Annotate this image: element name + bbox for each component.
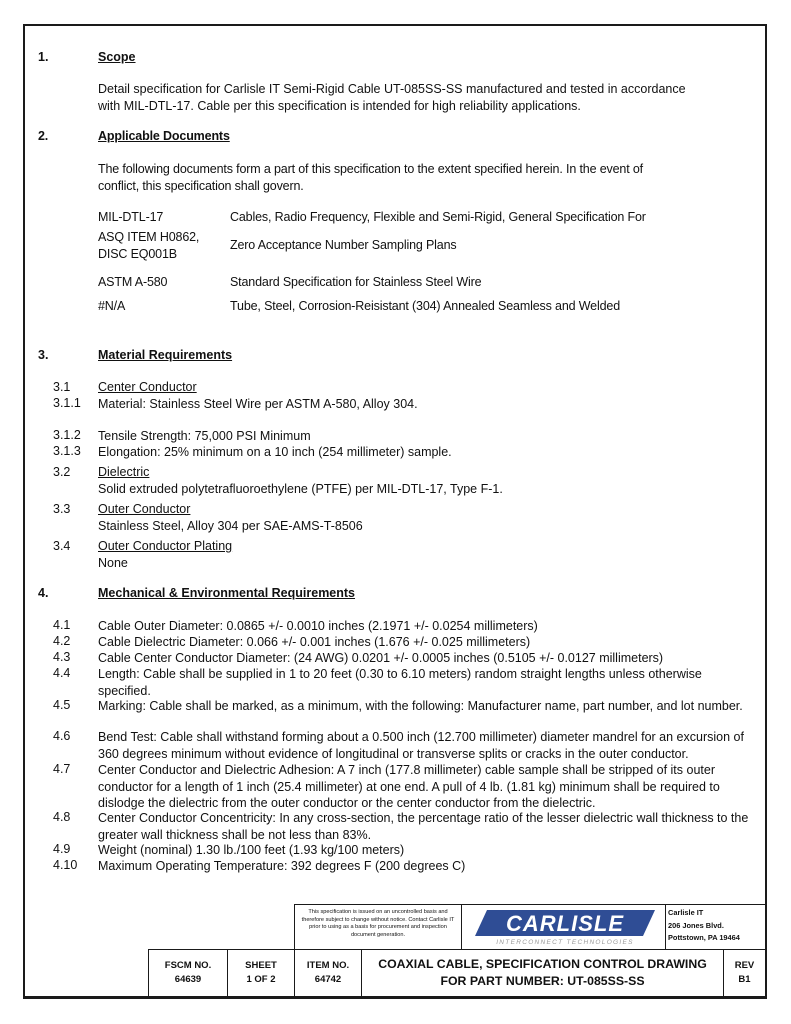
document-id: #N/A	[98, 299, 125, 313]
fscm-cell: FSCM NO. 64639	[148, 949, 228, 997]
address-line: Carlisle IT	[668, 907, 765, 920]
svg-text:INTERCONNECT TECHNOLOGIES: INTERCONNECT TECHNOLOGIES	[496, 939, 634, 946]
item-text: Stainless Steel, Alloy 304 per SAE-AMS-T…	[98, 518, 363, 535]
item-title: Dielectric	[98, 465, 149, 479]
item-cell: ITEM NO. 64742	[294, 949, 362, 997]
fscm-value: 64639	[149, 973, 227, 987]
req-text: Cable Outer Diameter: 0.0865 +/- 0.0010 …	[98, 618, 753, 635]
req-number: 4.8	[53, 810, 70, 824]
item-text: Solid extruded polytetrafluoroethylene (…	[98, 481, 503, 498]
applicable-docs-intro: The following documents form a part of t…	[98, 161, 643, 178]
document-id: ASQ ITEM H0862,	[98, 230, 199, 244]
req-number: 4.6	[53, 729, 70, 743]
drawing-title-cell: COAXIAL CABLE, SPECIFICATION CONTROL DRA…	[361, 949, 724, 997]
item-number: 3.3	[53, 502, 70, 516]
scope-line: with MIL-DTL-17. Cable per this specific…	[98, 98, 581, 115]
item-number: 3.1.3	[53, 444, 81, 458]
item-number: 3.1.2	[53, 428, 81, 442]
applicable-docs-intro: conflict, this specification shall gover…	[98, 178, 304, 195]
address-line: Pottstown, PA 19464	[668, 932, 765, 945]
req-number: 4.5	[53, 698, 70, 712]
rev-value: B1	[724, 973, 765, 987]
req-number: 4.10	[53, 858, 77, 872]
address-line: 206 Jones Blvd.	[668, 920, 765, 933]
document-description: Zero Acceptance Number Sampling Plans	[230, 238, 457, 252]
item-text: None	[98, 555, 128, 572]
sheet-label: SHEET	[228, 959, 294, 973]
item-title: Outer Conductor Plating	[98, 539, 232, 553]
req-text: Center Conductor Concentricity: In any c…	[98, 810, 753, 843]
item-number: 3.1	[53, 380, 70, 394]
item-label: ITEM NO.	[295, 959, 361, 973]
section-title-mechanical-requirements: Mechanical & Environmental Requirements	[98, 586, 355, 600]
section-title-scope: Scope	[98, 50, 136, 64]
drawing-title-line2: FOR PART NUMBER: UT-085SS-SS	[362, 973, 723, 990]
item-text: Tensile Strength: 75,000 PSI Minimum	[98, 428, 311, 445]
req-text: Marking: Cable shall be marked, as a min…	[98, 698, 753, 715]
revision-cell: REV B1	[723, 949, 766, 997]
sheet-cell: SHEET 1 OF 2	[227, 949, 295, 997]
document-description: Tube, Steel, Corrosion-Reisistant (304) …	[230, 299, 620, 313]
section-title-material-requirements: Material Requirements	[98, 348, 232, 362]
sheet-value: 1 OF 2	[228, 973, 294, 987]
section-title-applicable-documents: Applicable Documents	[98, 129, 230, 143]
section-number: 1.	[38, 50, 48, 64]
carlisle-logo-icon: CARLISLE INTERCONNECT TECHNOLOGIES	[469, 907, 659, 947]
item-title: Outer Conductor	[98, 502, 190, 516]
req-number: 4.2	[53, 634, 70, 648]
item-number: 3.4	[53, 539, 70, 553]
scope-line: Detail specification for Carlisle IT Sem…	[98, 81, 686, 98]
item-number: 3.1.1	[53, 396, 81, 410]
drawing-title-line1: COAXIAL CABLE, SPECIFICATION CONTROL DRA…	[362, 956, 723, 973]
company-logo: CARLISLE INTERCONNECT TECHNOLOGIES	[461, 904, 666, 950]
item-number: 3.2	[53, 465, 70, 479]
req-text: Cable Center Conductor Diameter: (24 AWG…	[98, 650, 753, 667]
req-text: Center Conductor and Dielectric Adhesion…	[98, 762, 753, 812]
document-id: ASTM A-580	[98, 275, 167, 289]
item-text: Elongation: 25% minimum on a 10 inch (25…	[98, 444, 452, 461]
req-text: Cable Dielectric Diameter: 0.066 +/- 0.0…	[98, 634, 753, 651]
document-id: MIL-DTL-17	[98, 210, 163, 224]
rev-label: REV	[724, 959, 765, 973]
fscm-label: FSCM NO.	[149, 959, 227, 973]
section-number: 3.	[38, 348, 48, 362]
document-description: Cables, Radio Frequency, Flexible and Se…	[230, 210, 646, 224]
req-text: Length: Cable shall be supplied in 1 to …	[98, 666, 753, 699]
req-text: Weight (nominal) 1.30 lb./100 feet (1.93…	[98, 842, 753, 859]
company-address: Carlisle IT 206 Jones Blvd. Pottstown, P…	[665, 904, 766, 950]
item-title: Center Conductor	[98, 380, 197, 394]
req-number: 4.9	[53, 842, 70, 856]
req-number: 4.4	[53, 666, 70, 680]
section-number: 2.	[38, 129, 48, 143]
req-text: Maximum Operating Temperature: 392 degre…	[98, 858, 753, 875]
section-number: 4.	[38, 586, 48, 600]
req-number: 4.1	[53, 618, 70, 632]
svg-text:CARLISLE: CARLISLE	[506, 911, 624, 936]
uncontrolled-notice: This specification is issued on an uncon…	[294, 904, 462, 950]
req-number: 4.7	[53, 762, 70, 776]
item-text: Material: Stainless Steel Wire per ASTM …	[98, 396, 418, 413]
req-number: 4.3	[53, 650, 70, 664]
document-id-line2: DISC EQ001B	[98, 247, 177, 261]
req-text: Bend Test: Cable shall withstand forming…	[98, 729, 753, 762]
item-value: 64742	[295, 973, 361, 987]
document-description: Standard Specification for Stainless Ste…	[230, 275, 481, 289]
